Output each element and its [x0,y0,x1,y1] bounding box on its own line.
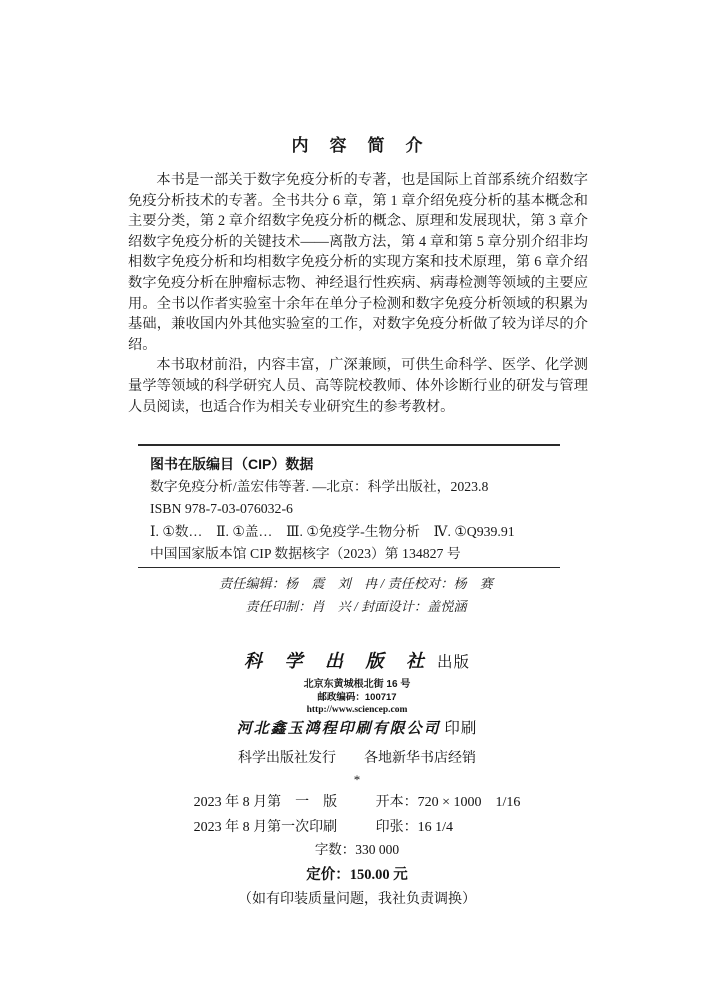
format-spec: 开本：720 × 1000 1/16 [376,791,521,816]
sheets-spec: 印张：16 1/4 [376,816,453,841]
cip-classification: Ⅰ. ①数… Ⅱ. ①盖… Ⅲ. ①免疫学-生物分析 Ⅳ. ①Q939.91 [150,521,560,544]
printing-row: 2023 年 8 月第一次印刷 印张：16 1/4 [194,816,521,841]
printer-role-label: 印刷 [444,720,477,737]
cip-header: 图书在版编目（CIP）数据 [150,453,560,476]
printing-date: 2023 年 8 月第一次印刷 [194,816,346,841]
cip-isbn: ISBN 978-7-03-076032-6 [150,498,560,521]
publisher-website: http://www.sciencep.com [0,704,714,716]
distribution-line: 科学出版社发行 各地新华书店经销 [0,750,714,768]
publisher-role-label: 出版 [437,654,470,671]
publisher-address: 北京东黄城根北街 16 号 [0,679,714,692]
printer-line: 河北鑫玉鸿程印刷有限公司 印刷 [0,719,714,739]
credits-printing-design-line: 责任印制：肖 兴 / 封面设计：盖悦涵 [0,596,712,619]
price: 定价：150.00 元 [0,866,714,885]
section-title: 内 容 简 介 [128,131,588,156]
editorial-credits: 责任编辑：杨 震 刘 冉 / 责任校对：杨 赛 责任印制：肖 兴 / 封面设计：… [0,573,712,618]
edition-row: 2023 年 8 月第 一 版 开本：720 × 1000 1/16 [194,791,521,816]
book-copyright-page: 内 容 简 介 本书是一部关于数字免疫分析的专著，也是国际上首部系统介绍数字免疫… [0,0,720,1000]
cip-registry-number: 中国国家版本馆 CIP 数据核字（2023）第 134827 号 [150,543,560,566]
edition-date: 2023 年 8 月第 一 版 [194,791,346,816]
credits-editors-line: 责任编辑：杨 震 刘 冉 / 责任校对：杨 赛 [0,573,712,596]
separator-asterisk: * [0,773,714,787]
content-introduction-section: 内 容 简 介 本书是一部关于数字免疫分析的专著，也是国际上首部系统介绍数字免疫… [128,131,588,417]
word-count: 字数：330 000 [0,841,714,859]
intro-paragraph-1: 本书是一部关于数字免疫分析的专著，也是国际上首部系统介绍数字免疫分析技术的专著。… [128,170,588,355]
cip-title-line: 数字免疫分析/盖宏伟等著. —北京：科学出版社，2023.8 [150,476,560,499]
publisher-name: 科 学 出 版 社 [244,651,433,671]
publisher-postcode: 邮政编码：100717 [0,692,714,705]
publisher-line: 科 学 出 版 社 出版 [0,651,714,673]
intro-paragraph-2: 本书取材前沿，内容丰富，广深兼顾，可供生命科学、医学、化学测量学等领域的科学研究… [128,355,588,417]
colophon: 科 学 出 版 社 出版 北京东黄城根北街 16 号 邮政编码：100717 h… [0,651,714,909]
printer-name: 河北鑫玉鸿程印刷有限公司 [237,721,441,737]
quality-notice: （如有印装质量问题，我社负责调换） [0,891,714,909]
edition-spec-table: 2023 年 8 月第 一 版 开本：720 × 1000 1/16 2023 … [194,791,521,840]
cip-data-block: 图书在版编目（CIP）数据 数字免疫分析/盖宏伟等著. —北京：科学出版社，20… [138,444,560,568]
